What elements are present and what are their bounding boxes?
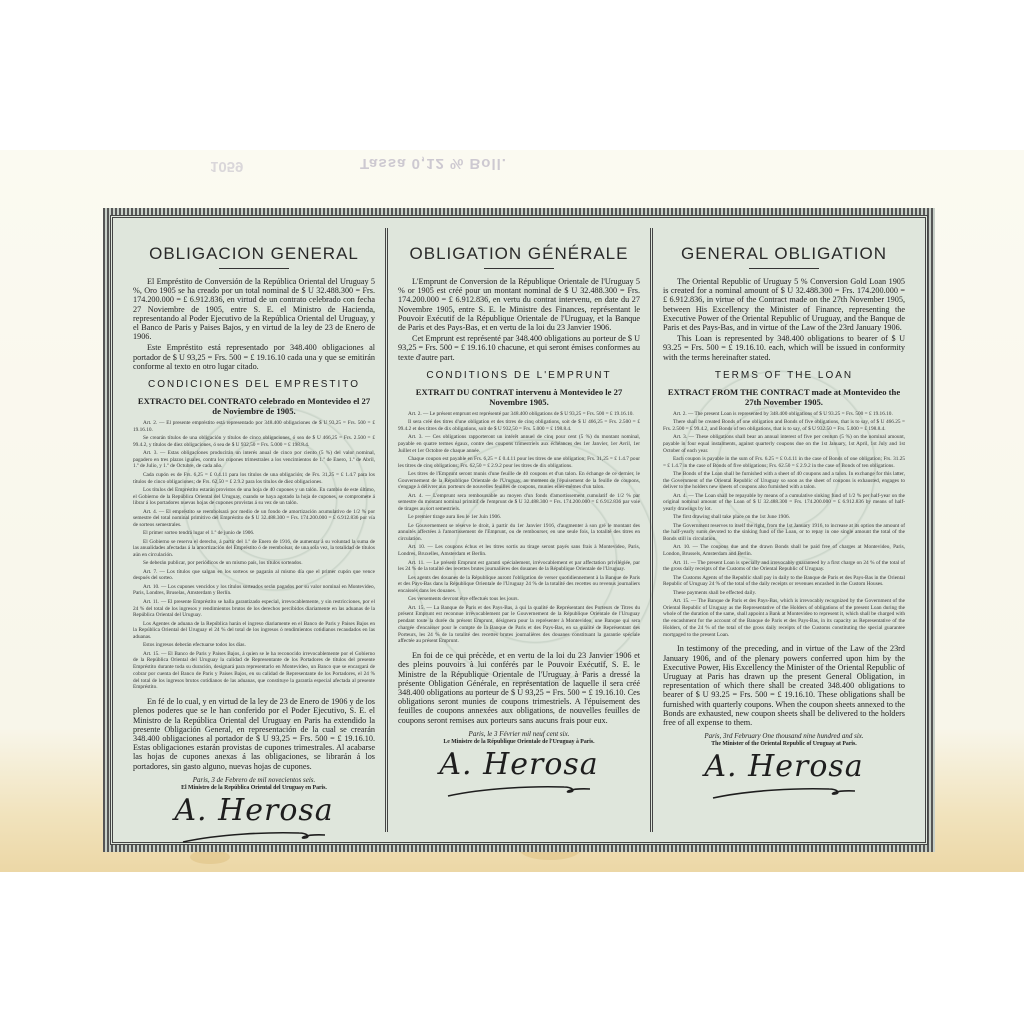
contract-article: Le premier tirage aura lieu le 1er Juin … — [398, 514, 640, 521]
contract-article: Los Agentes de aduana de la República ha… — [133, 621, 375, 641]
contract-article: Se crearán títulos de una obligación y t… — [133, 435, 375, 449]
contract-article: The Customs Agents of the Republic shall… — [663, 575, 905, 589]
contract-article: Chaque coupon est payable en Frs. 6,25 =… — [398, 456, 640, 470]
signature-flourish — [179, 828, 329, 844]
contract-article: El primer sorteo tendrá lugar el 1.º de … — [133, 530, 375, 537]
contract-article: Le Gouvernement se réserve le droit, à p… — [398, 523, 640, 543]
section-title: GENERAL OBLIGATION — [663, 244, 905, 264]
closing-paragraph: In testimony of the preceding, and in vi… — [663, 644, 905, 727]
contract-article: Art. 10. — Los cupones vencidos y los tí… — [133, 584, 375, 598]
contract-extract-heading: EXTRACTO DEL CONTRATO celebrado en Monte… — [133, 396, 375, 416]
contract-article: Se deberán publicar, por periódicos de u… — [133, 560, 375, 567]
column-spanish: OBLIGACION GENERALEl Empréstito de Conve… — [123, 228, 385, 832]
column-french: OBLIGATION GÉNÉRALEL'Emprunt de Conversi… — [385, 228, 650, 832]
contract-article: Art. 15. — El Banco de Paris y Paises Ba… — [133, 651, 375, 692]
minister-title: Le Ministre de la République Orientale d… — [398, 739, 640, 745]
closing-paragraph: En foi de ce qui précède, et en vertu de… — [398, 651, 640, 725]
contract-article: Les titres de l'Emprunt seront munis d'u… — [398, 471, 640, 491]
conditions-subtitle: CONDITIONS DE L'EMPRUNT — [398, 370, 640, 381]
signature-flourish — [444, 782, 594, 798]
intro-paragraph: El Empréstito de Conversión de la Repúbl… — [133, 277, 375, 341]
place-date: Paris, le 3 Février mil neuf cent six. — [398, 730, 640, 738]
column-english: GENERAL OBLIGATIONThe Oriental Republic … — [650, 228, 915, 832]
contract-article: Ces versements devront être effectués to… — [398, 596, 640, 603]
contract-article: The Bonds of the Loan shall be furnished… — [663, 471, 905, 491]
contract-article: Il sera créé des titres d'une obligation… — [398, 419, 640, 433]
contract-article: The first drawing shall take place on th… — [663, 514, 905, 521]
intro-paragraph: This Loan is represented by 348.400 obli… — [663, 334, 905, 362]
back-number-stamp: 1059 — [210, 158, 243, 175]
contract-extract-heading: EXTRACT FROM THE CONTRACT made at Montev… — [663, 387, 905, 407]
contract-article: Art. 10. — Les coupons échus et les titr… — [398, 544, 640, 558]
title-rule — [484, 268, 554, 269]
language-columns: OBLIGACION GENERALEl Empréstito de Conve… — [123, 228, 915, 832]
signature: A. Herosa — [133, 793, 375, 828]
contract-article: Los títulos del Empréstito estarán provi… — [133, 487, 375, 507]
minister-title: El Ministro de la República Oriental del… — [133, 785, 375, 791]
contract-article: El Gobierno se reserva el derecho, á par… — [133, 539, 375, 559]
contract-article: Art. 15. — La Banque de Paris et des Pay… — [398, 605, 640, 646]
contract-article: Art. 3. — These obligations shall bear a… — [663, 434, 905, 454]
contract-extract-heading: EXTRAIT DU CONTRAT intervenu à Montevide… — [398, 387, 640, 407]
contract-article: Art. 3. — Estas obligaciones producirán … — [133, 450, 375, 470]
title-rule — [219, 268, 289, 269]
conditions-subtitle: CONDICIONES DEL EMPRESTITO — [133, 379, 375, 390]
section-title: OBLIGACION GENERAL — [133, 244, 375, 264]
contract-article: Art. 11. — El presente Empréstito se hal… — [133, 599, 375, 619]
contract-article: Cada cupón es de Frs. 6,25 = £ 0.4.11 pa… — [133, 472, 375, 486]
section-title: OBLIGATION GÉNÉRALE — [398, 244, 640, 264]
intro-paragraph: L'Emprunt de Conversion de la République… — [398, 277, 640, 332]
signature: A. Herosa — [398, 747, 640, 782]
contract-article: Art. 10. — The coupons due and the drawn… — [663, 544, 905, 558]
signature: A. Herosa — [663, 749, 905, 784]
age-stain — [190, 850, 230, 864]
contract-article: Art. 2. — The present Loan is represente… — [663, 411, 905, 418]
contract-article: Art. 2. — El presente empréstito está re… — [133, 420, 375, 434]
ornamental-border: OBLIGACION GENERALEl Empréstito de Conve… — [103, 208, 935, 852]
place-date: Paris, 3rd February One thousand nine hu… — [663, 732, 905, 740]
contract-article: Art. 7. — Los títulos que salgan en los … — [133, 569, 375, 583]
contract-article: There shall be created Bonds of one obli… — [663, 419, 905, 433]
contract-article: The Government reserves to itself the ri… — [663, 523, 905, 543]
contract-article: Estos ingresos deberán efectuarse todos … — [133, 642, 375, 649]
minister-title: The Minister of the Oriental Republic of… — [663, 741, 905, 747]
contract-article: Art. 4. — The Loan shall be repayable by… — [663, 493, 905, 513]
intro-paragraph: The Oriental Republic of Uruguay 5 % Con… — [663, 277, 905, 332]
title-rule — [749, 268, 819, 269]
bond-frame: OBLIGACION GENERALEl Empréstito de Conve… — [110, 215, 928, 845]
contract-article: Art. 15. — The Banque de Paris et des Pa… — [663, 598, 905, 639]
signature-flourish — [709, 784, 859, 800]
contract-article: Art. 2. — Le présent emprunt est représe… — [398, 411, 640, 418]
conditions-subtitle: TERMS OF THE LOAN — [663, 370, 905, 381]
contract-article: Art. 4. — L'emprunt sera remboursable au… — [398, 493, 640, 513]
contract-article: Art. 4. — El empréstito se reembolsará p… — [133, 509, 375, 529]
contract-article: Each coupon is payable in the sum of Frs… — [663, 456, 905, 470]
contract-article: Art. 11. — The present Loan is specially… — [663, 560, 905, 574]
intro-paragraph: Este Empréstito está representado por 34… — [133, 343, 375, 371]
place-date: Paris, 3 de Febrero de mil novecientos s… — [133, 776, 375, 784]
contract-article: Art. 11. — Le présent Emprunt est garant… — [398, 560, 640, 574]
contract-article: Art. 3. — Ces obligations rapporteront u… — [398, 434, 640, 454]
contract-article: Les agents des douanes de la République … — [398, 575, 640, 595]
contract-article: These payments shall be effected daily. — [663, 590, 905, 597]
closing-paragraph: En fé de lo cual, y en virtud de la ley … — [133, 697, 375, 771]
intro-paragraph: Cet Emprunt est représenté par 348.400 o… — [398, 334, 640, 362]
tax-stamp: Tassa 0,12 % Boll. — [360, 155, 507, 172]
